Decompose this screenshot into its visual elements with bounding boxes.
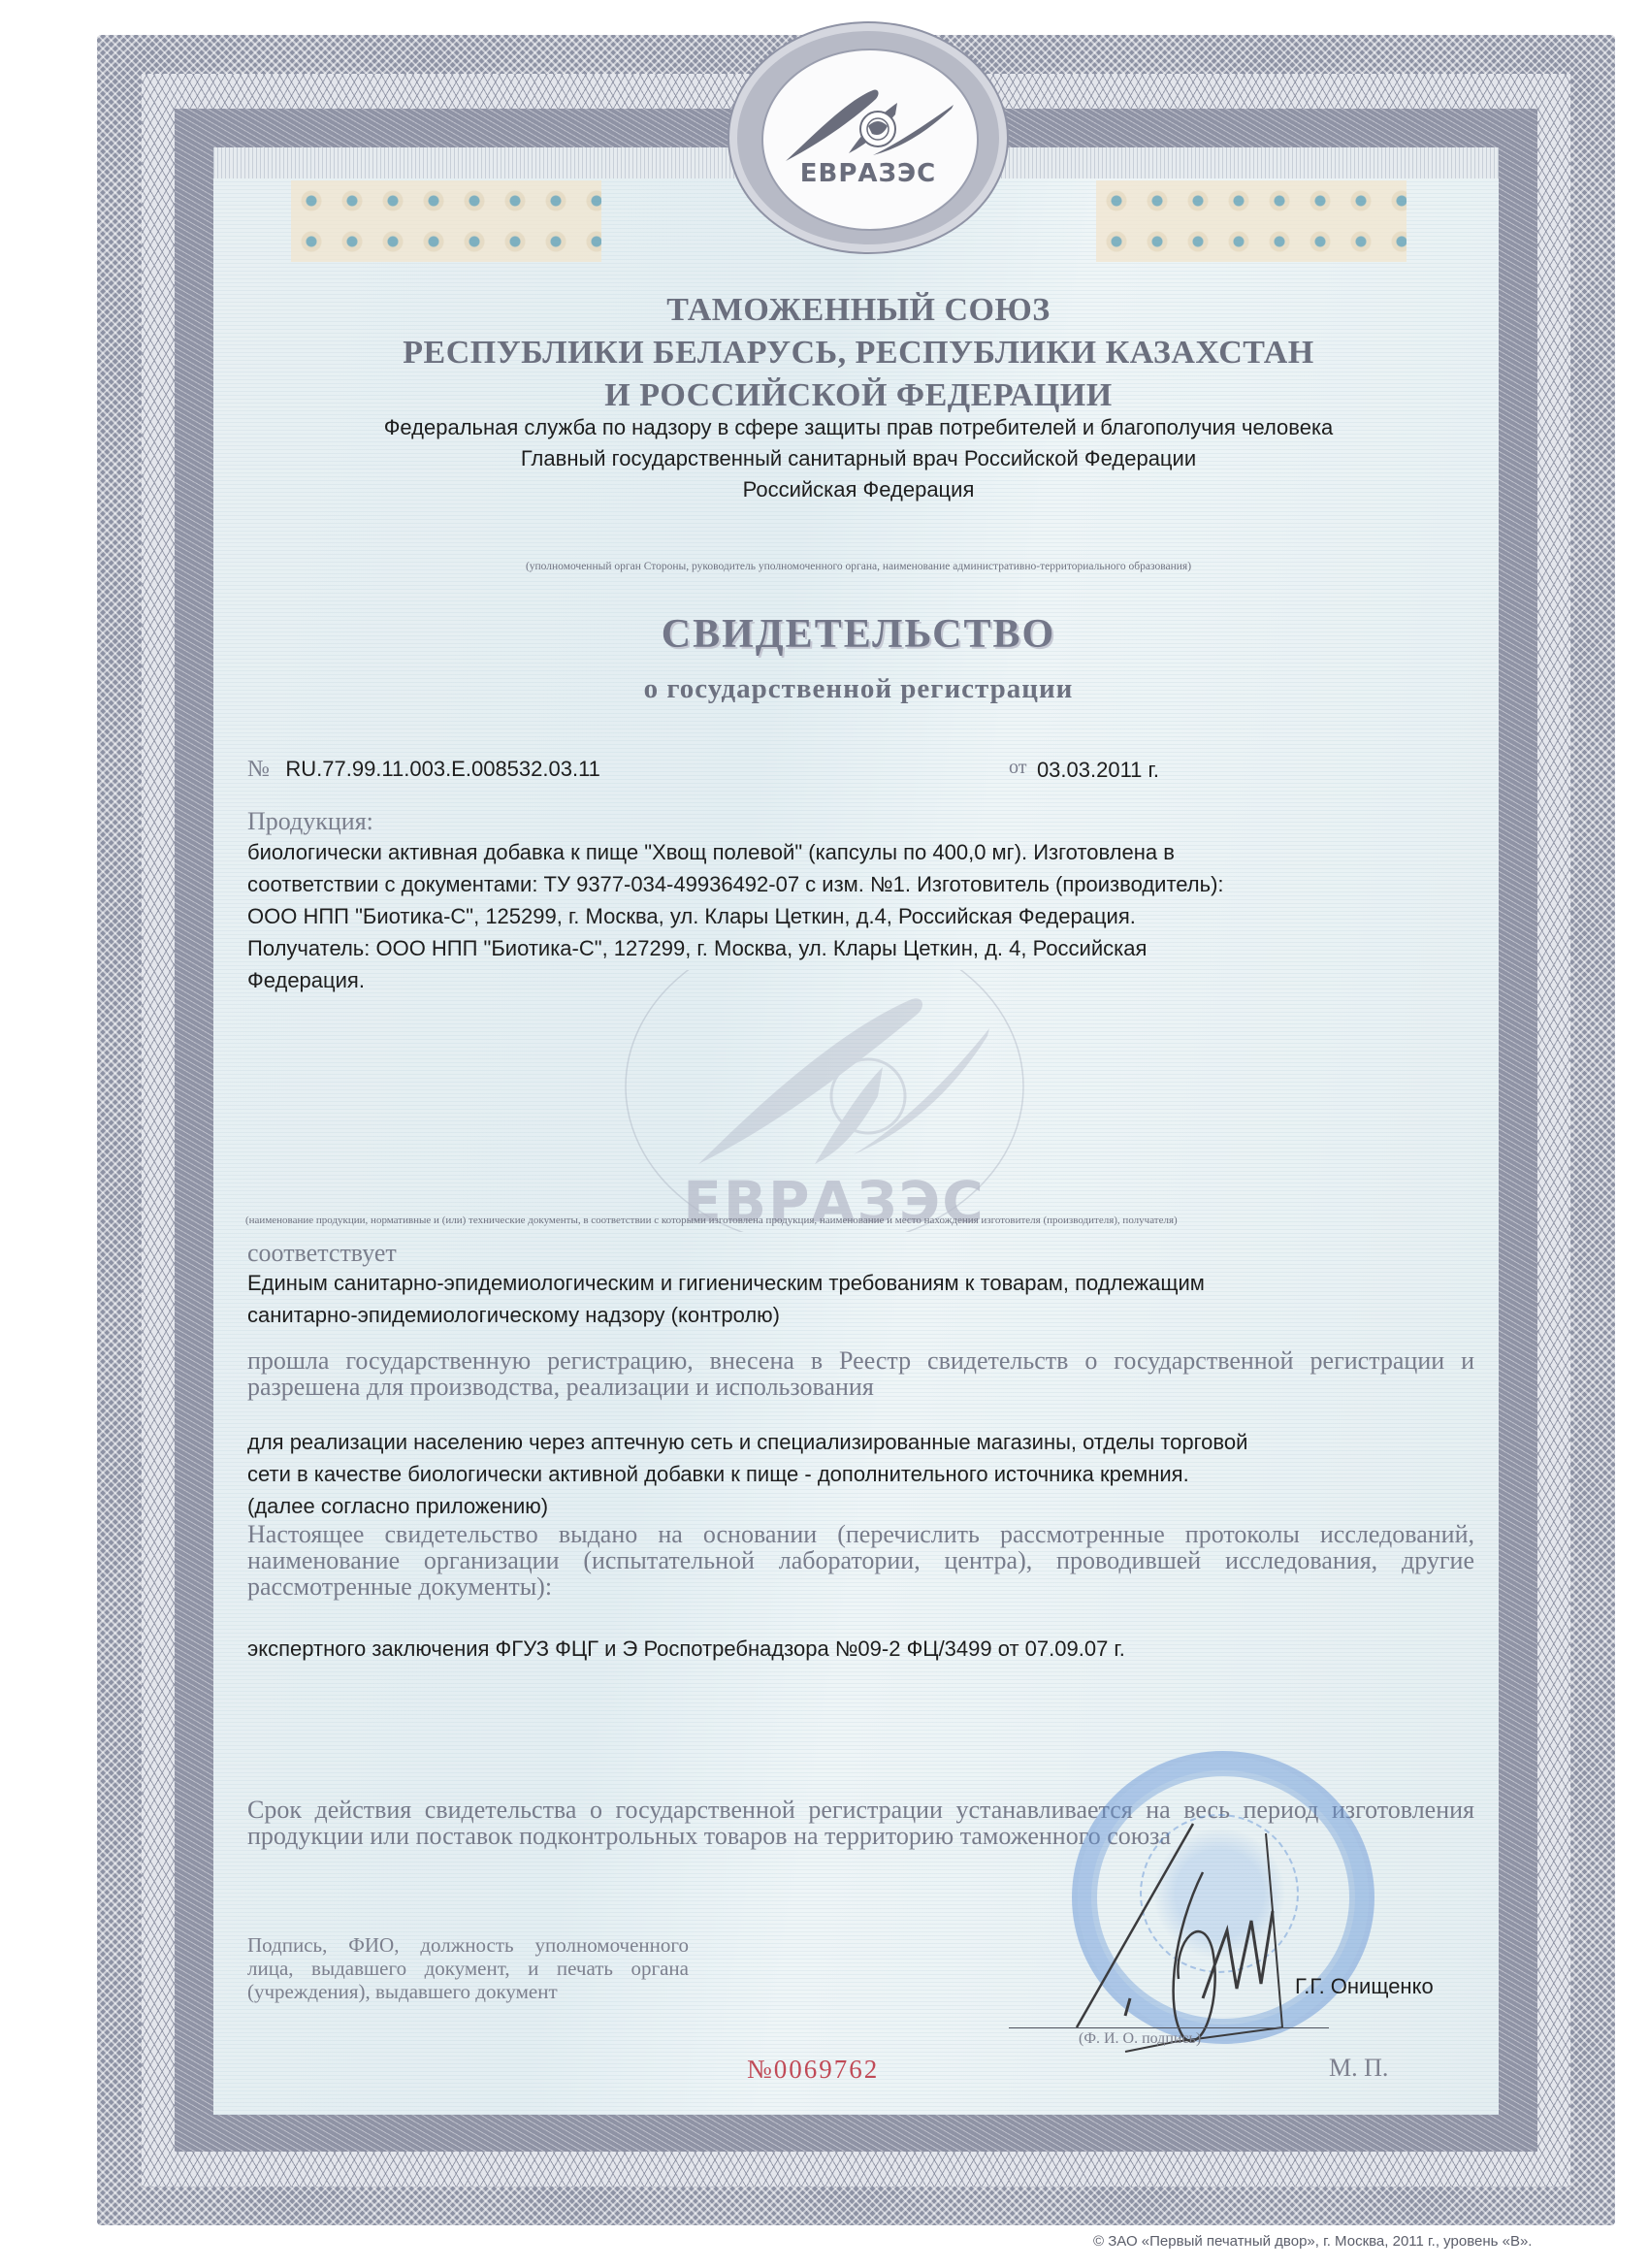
usage-line: (далее согласно приложению)	[247, 1490, 1508, 1522]
product-line: биологически активная добавка к пище "Хв…	[247, 836, 1508, 868]
certificate-title: СВИДЕТЕЛЬСТВО	[252, 611, 1465, 658]
union-title-line: И РОССИЙСКОЙ ФЕДЕРАЦИИ	[252, 374, 1465, 417]
basis-statement: Настоящее свидетельство выдано на основа…	[247, 1521, 1474, 1600]
compliance-line: санитарно-эпидемиологическому надзору (к…	[247, 1299, 1508, 1331]
security-pattern-right	[1096, 180, 1406, 262]
certificate-number-row: № RU.77.99.11.003.Е.008532.03.11	[247, 757, 600, 783]
signature-icon	[1057, 1804, 1339, 2057]
eurasec-emblem-icon	[781, 85, 955, 163]
form-serial-number: №0069762	[747, 2055, 879, 2085]
compliance-line: Единым санитарно-эпидемиологическим и ги…	[247, 1267, 1508, 1299]
usage-line: для реализации населению через аптечную …	[247, 1426, 1508, 1458]
signature-line	[1009, 2027, 1329, 2028]
security-pattern-left	[291, 180, 601, 262]
product-line: Получатель: ООО НПП "Биотика-С", 127299,…	[247, 932, 1508, 964]
certificate-date-row: от 03.03.2011 г.	[1009, 757, 1159, 783]
product-label: Продукция:	[247, 807, 373, 836]
signature-instruction: Подпись, ФИО, должность уполномоченного …	[247, 1933, 689, 2003]
usage-text: для реализации населению через аптечную …	[247, 1426, 1508, 1522]
product-line: Федерация.	[247, 964, 1508, 996]
authority-line: Российская Федерация	[223, 474, 1494, 505]
date-label: от	[1009, 757, 1026, 778]
logo-text: ЕВРАЗЭС	[771, 159, 965, 188]
product-description: биологически активная добавка к пище "Хв…	[247, 836, 1508, 996]
union-title-line: ТАМОЖЕННЫЙ СОЮЗ	[252, 289, 1465, 332]
authority-line: Главный государственный санитарный врач …	[223, 443, 1494, 474]
printer-imprint: © ЗАО «Первый печатный двор», г. Москва,…	[1093, 2233, 1532, 2250]
certificate-date: 03.03.2011 г.	[1037, 758, 1159, 782]
signer-caption: (Ф. И. О. подпись)	[1079, 2030, 1201, 2048]
basis-value: экспертного заключения ФГУЗ ФЦГ и Э Росп…	[247, 1633, 1125, 1665]
product-line: соответствии с документами: ТУ 9377-034-…	[247, 868, 1508, 900]
issuing-authority: Федеральная служба по надзору в сфере за…	[223, 412, 1494, 505]
usage-line: сети в качестве биологически активной до…	[247, 1458, 1508, 1490]
authority-caption: (уполномоченный орган Стороны, руководит…	[252, 561, 1465, 572]
product-line: ООО НПП "Биотика-С", 125299, г. Москва, …	[247, 900, 1508, 932]
number-label: №	[247, 757, 270, 782]
compliance-label: соответствует	[247, 1239, 397, 1268]
registration-statement: прошла государственную регистрацию, внес…	[247, 1347, 1474, 1400]
signer-name: Г.Г. Онищенко	[1295, 1974, 1434, 1999]
compliance-text: Единым санитарно-эпидемиологическим и ги…	[247, 1267, 1508, 1331]
union-title: ТАМОЖЕННЫЙ СОЮЗ РЕСПУБЛИКИ БЕЛАРУСЬ, РЕС…	[252, 289, 1465, 417]
certificate-number: RU.77.99.11.003.Е.008532.03.11	[285, 757, 600, 781]
union-title-line: РЕСПУБЛИКИ БЕЛАРУСЬ, РЕСПУБЛИКИ КАЗАХСТА…	[252, 332, 1465, 374]
product-caption: (наименование продукции, нормативные и (…	[245, 1215, 1178, 1226]
seal-label: М. П.	[1329, 2054, 1388, 2083]
certificate-subtitle: о государственной регистрации	[252, 673, 1465, 705]
authority-line: Федеральная служба по надзору в сфере за…	[223, 412, 1494, 443]
